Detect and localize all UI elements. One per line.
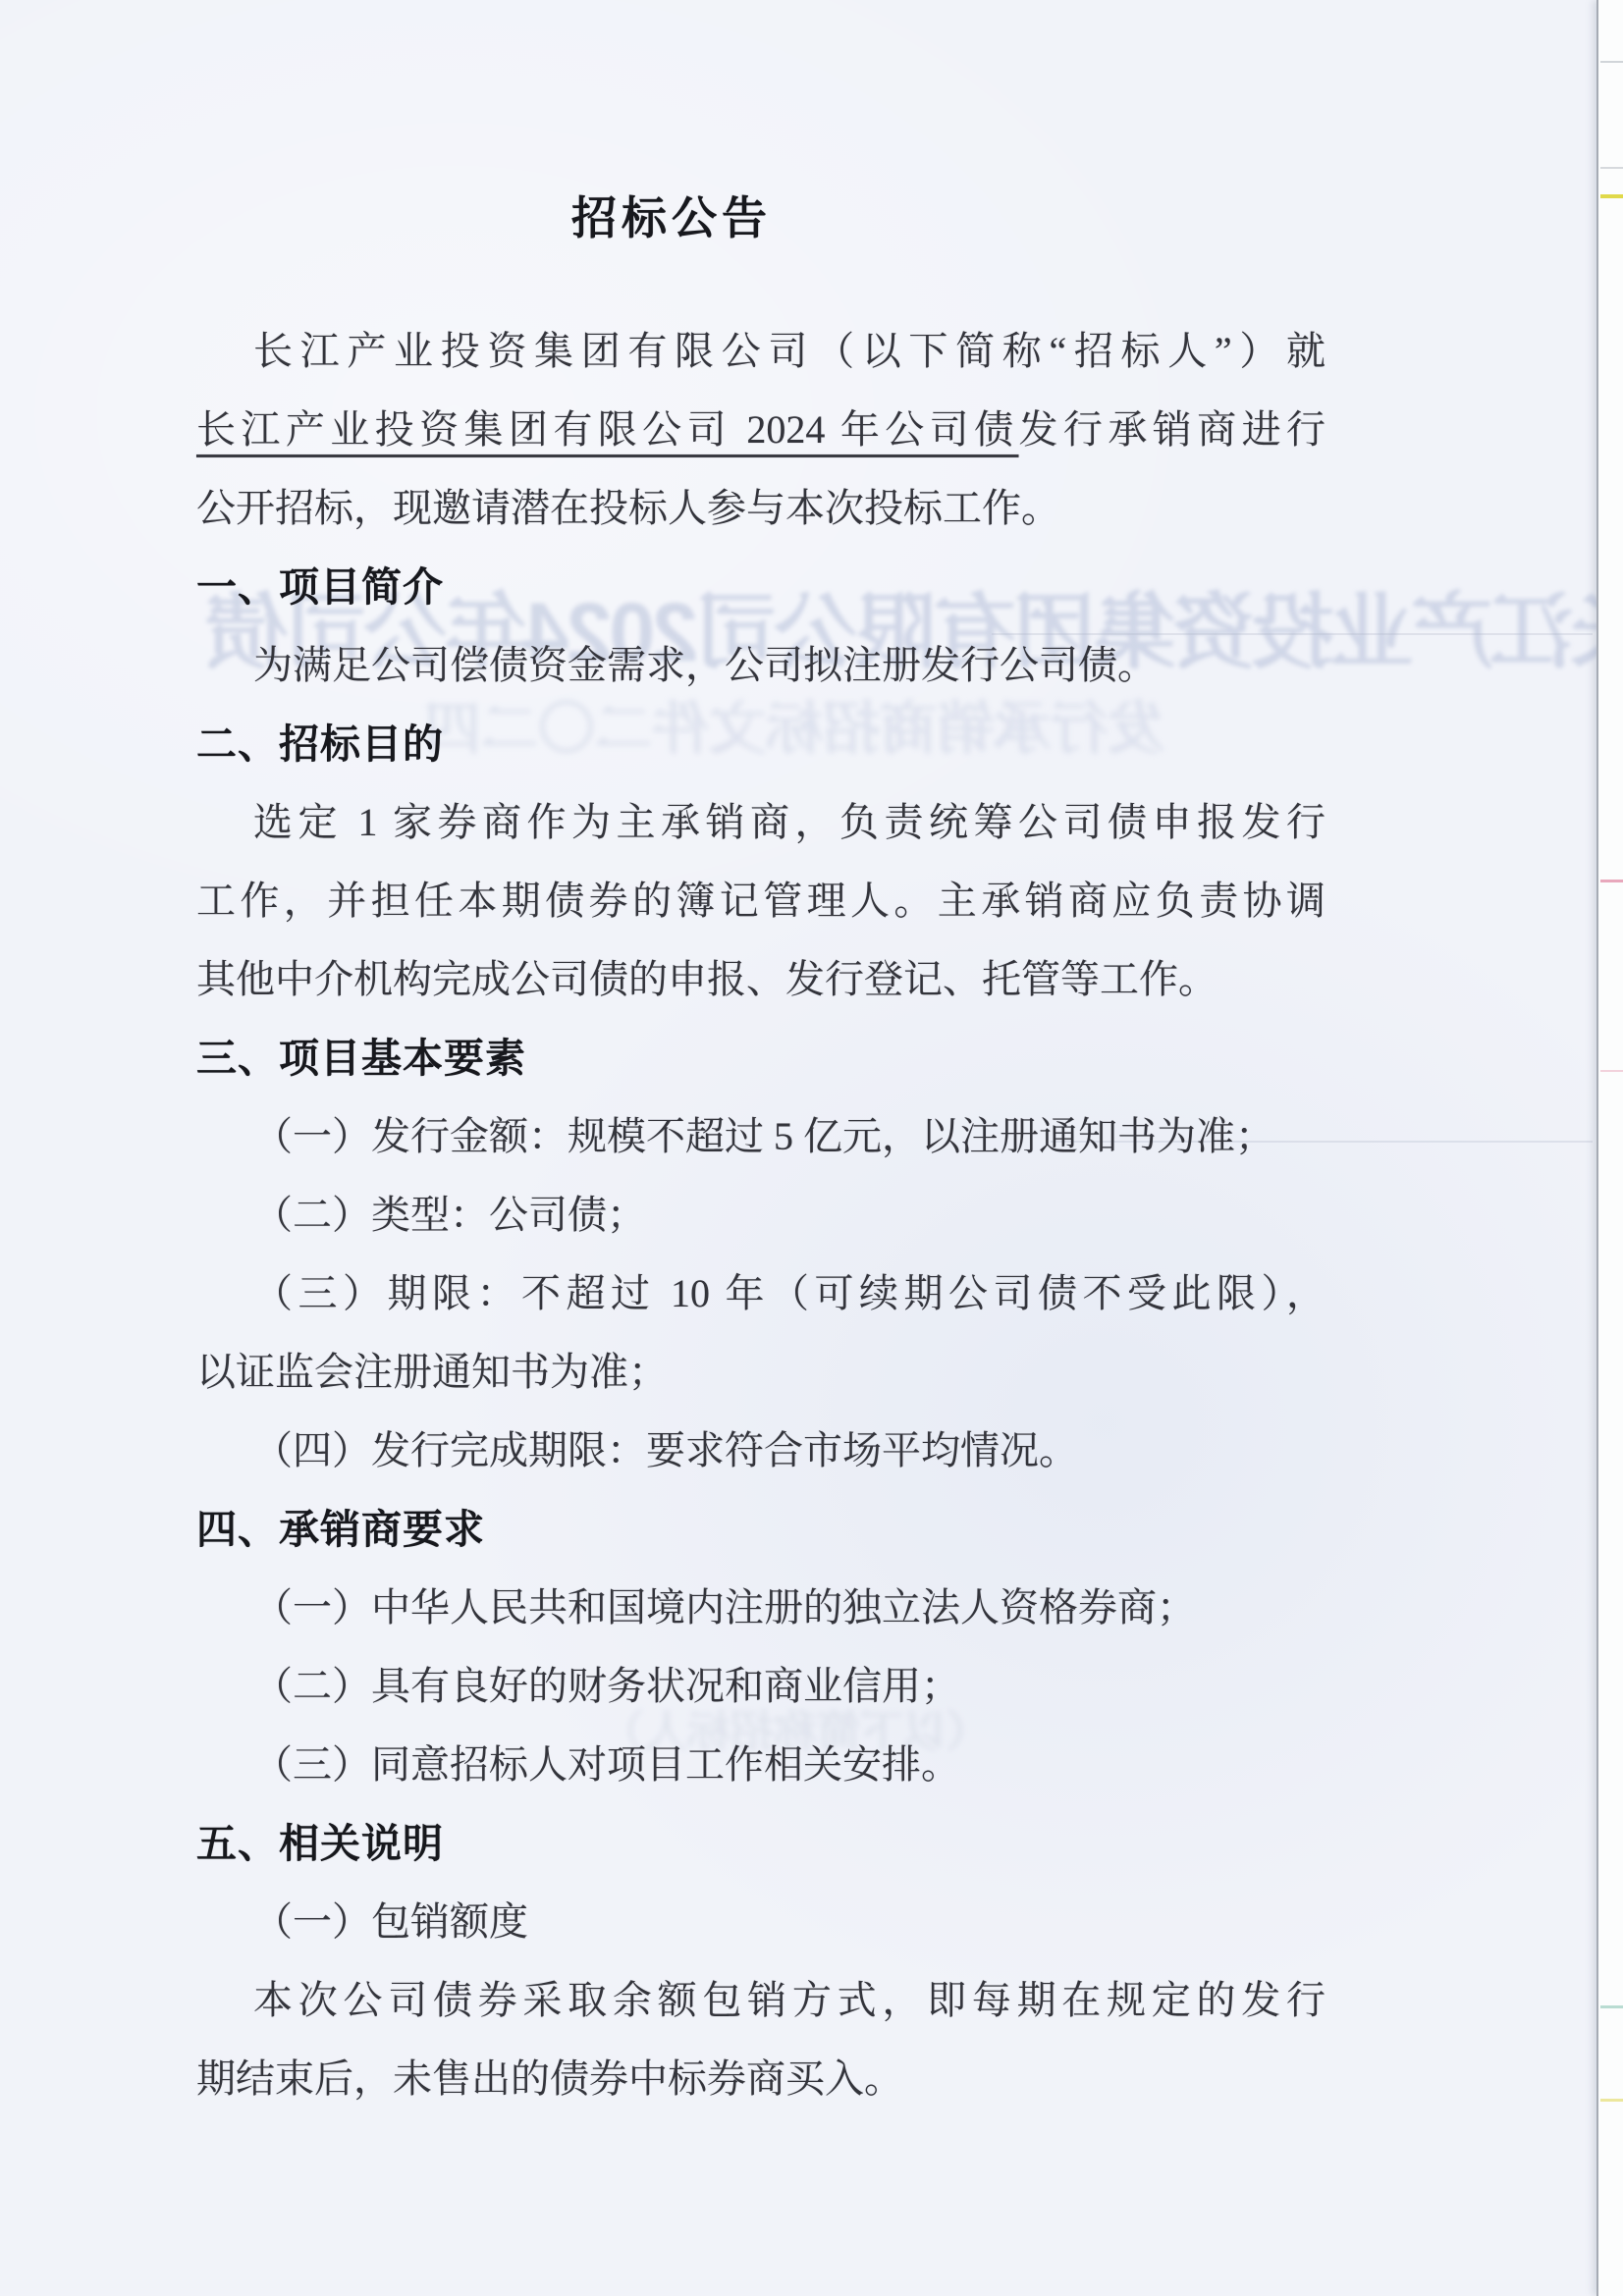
text-run: （一）中华人民共和国境内注册的独立法人资格券商； (253, 1585, 1196, 1629)
edge-highlight-mark (1600, 61, 1623, 63)
text-run: 四、承销商要求 (196, 1507, 485, 1552)
text-run: （三）同意招标人对项目工作相关安排。 (253, 1742, 960, 1787)
text-run: （二）具有良好的财务状况和商业信用； (253, 1664, 960, 1708)
edge-highlight-mark (1600, 167, 1623, 169)
edge-highlight-mark (1600, 2005, 1623, 2008)
edge-highlight-mark (1600, 2099, 1623, 2102)
edge-highlight-mark (1600, 194, 1623, 198)
text-run: 工作，并担任本期债券的簿记管理人。主承销商应负责协调 (196, 879, 1325, 923)
section-heading: 一、项目简介 (196, 548, 1325, 626)
edge-highlight-mark (1600, 880, 1623, 882)
body-line: 长江产业投资集团有限公司 2024 年公司债发行承销商进行 (196, 391, 1325, 469)
text-run: 以证监会注册通知书为准； (196, 1350, 668, 1394)
text-run: 长江产业投资集团有限公司（以下简称“招标人”）就 (253, 329, 1325, 373)
text-run: 发行承销商进行 (1019, 407, 1326, 452)
text-run: 期结束后，未售出的债券中标券商买入。 (196, 2056, 903, 2101)
body-line: 为满足公司偿债资金需求，公司拟注册发行公司债。 (196, 626, 1325, 705)
body-line: （三）期限：不超过 10 年（可续期公司债不受此限）， (196, 1255, 1325, 1333)
body-line: （一）发行金额：规模不超过 5 亿元，以注册通知书为准； (196, 1097, 1325, 1176)
text-run: 选定 1 家券商作为主承销商，负责统筹公司债申报发行 (253, 800, 1325, 844)
text-run: （二）类型：公司债； (253, 1193, 646, 1237)
section-heading: 二、招标目的 (196, 705, 1325, 783)
section-heading: 四、承销商要求 (196, 1490, 1325, 1569)
text-run: 本次公司债券采取余额包销方式，即每期在规定的发行 (253, 1978, 1325, 2022)
body-line: （二）具有良好的财务状况和商业信用； (196, 1647, 1325, 1726)
edge-highlight-mark (1600, 1070, 1623, 1072)
body-line: 公开招标，现邀请潜在投标人参与本次投标工作。 (196, 469, 1325, 548)
body-line: （三）同意招标人对项目工作相关安排。 (196, 1726, 1325, 1804)
body-line: （四）发行完成期限：要求符合市场平均情况。 (196, 1412, 1325, 1490)
text-run: 二、招标目的 (196, 721, 444, 767)
section-heading: 五、相关说明 (196, 1804, 1325, 1883)
underlined-text: 长江产业投资集团有限公司 2024 年公司债 (196, 407, 1019, 452)
body-line: 长江产业投资集团有限公司（以下简称“招标人”）就 (196, 312, 1325, 391)
body-line: （一）中华人民共和国境内注册的独立法人资格券商； (196, 1569, 1325, 1647)
text-run: 一、项目简介 (196, 564, 444, 610)
document-title: 招标公告 (571, 183, 772, 247)
body-line: （一）包销额度 (196, 1883, 1325, 1961)
text-run: 为满足公司偿债资金需求，公司拟注册发行公司债。 (253, 643, 1157, 687)
text-run: （四）发行完成期限：要求符合市场平均情况。 (253, 1428, 1078, 1472)
scanned-page: 长江产业投资集团有限公司2024年公司债发行承销商招标文件二〇二四（以下简称招标… (0, 0, 1623, 2296)
text-run: 五、相关说明 (196, 1821, 444, 1866)
section-heading: 三、项目基本要素 (196, 1019, 1325, 1097)
text-run: 公开招标，现邀请潜在投标人参与本次投标工作。 (196, 486, 1060, 530)
text-run: 三、项目基本要素 (196, 1036, 526, 1081)
text-run: （一）发行金额：规模不超过 5 亿元，以注册通知书为准； (253, 1114, 1274, 1158)
scan-background-strip (1596, 0, 1623, 2296)
body-line: 选定 1 家券商作为主承销商，负责统筹公司债申报发行 (196, 783, 1325, 862)
body-line: （二）类型：公司债； (196, 1176, 1325, 1255)
text-run: 其他中介机构完成公司债的申报、发行登记、托管等工作。 (196, 957, 1217, 1001)
body-line: 期结束后，未售出的债券中标券商买入。 (196, 2040, 1325, 2118)
body-line: 工作，并担任本期债券的簿记管理人。主承销商应负责协调 (196, 862, 1325, 940)
body-line: 以证监会注册通知书为准； (196, 1333, 1325, 1412)
body-line: 本次公司债券采取余额包销方式，即每期在规定的发行 (196, 1961, 1325, 2040)
document-body: 长江产业投资集团有限公司（以下简称“招标人”）就长江产业投资集团有限公司 202… (196, 312, 1325, 2118)
body-line: 其他中介机构完成公司债的申报、发行登记、托管等工作。 (196, 940, 1325, 1019)
text-run: （三）期限：不超过 10 年（可续期公司债不受此限）， (253, 1271, 1325, 1315)
text-run: （一）包销额度 (253, 1899, 528, 1944)
